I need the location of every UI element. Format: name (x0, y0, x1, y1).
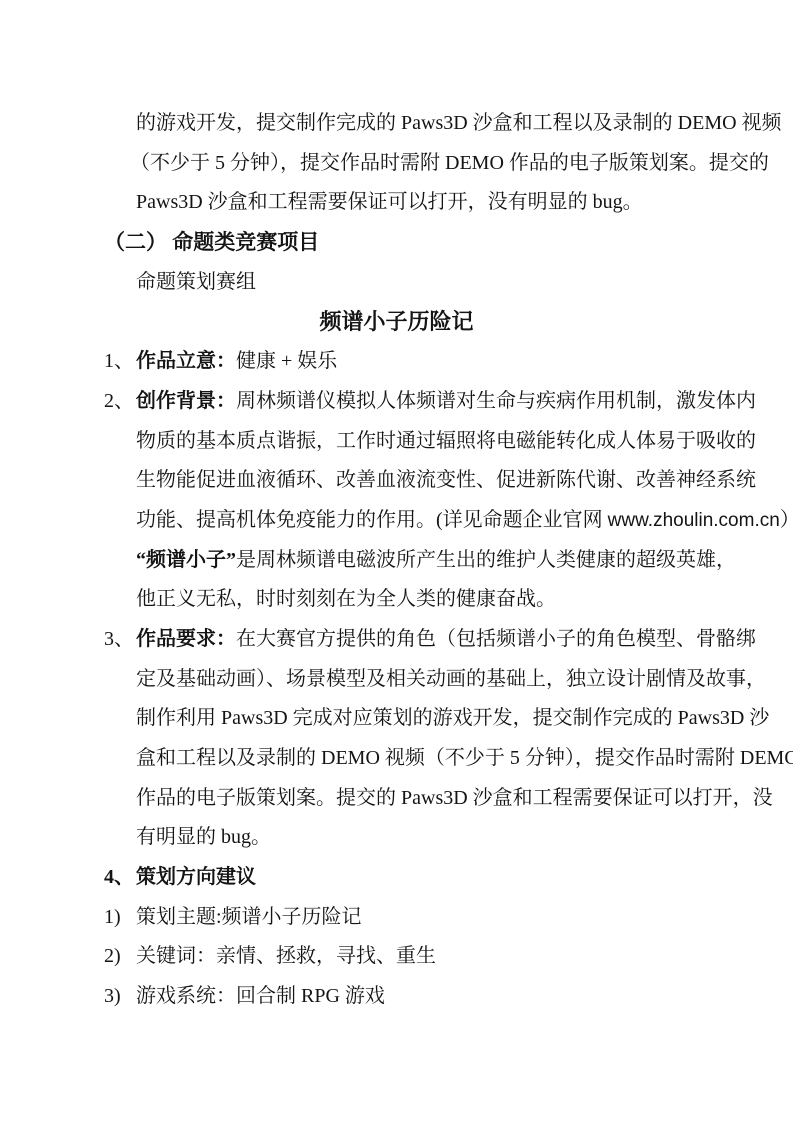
group-label: 命题策划赛组 (136, 263, 763, 303)
item-text-line: 生物能促进血液循环、改善血液流变性、促进新陈代谢、改善神经系统 (136, 461, 763, 501)
item-text: 关键词：亲情、拯救，寻找、重生 (136, 945, 436, 967)
document-page: 的游戏开发，提交制作完成的 Paws3D 沙盒和工程以及录制的 DEMO 视频 … (0, 0, 793, 1122)
item-label: 作品立意： (136, 350, 236, 372)
suggestion-theme: 1)策划主题:频谱小子历险记 (104, 898, 763, 938)
list-item-background: 2、创作背景：周林频谱仪模拟人体频谱对生命与疾病作用机制，激发体内 (104, 382, 763, 422)
item-label: 作品要求： (136, 628, 236, 650)
company-website-url: www.zhoulin.com.cn (608, 510, 780, 531)
character-name-emphasis: “频谱小子” (136, 549, 236, 571)
item-text-line: 作品的电子版策划案。提交的 Paws3D 沙盒和工程需要保证可以打开，没 (136, 779, 763, 819)
item-number: 2) (104, 937, 136, 977)
item-text: 功能、提高机体免疫能力的作用。(详见命题企业官网 (136, 509, 608, 531)
item-number: 3) (104, 977, 136, 1017)
doc-title: 频谱小子历险记 (0, 302, 793, 342)
list-item-concept: 1、作品立意：健康 + 娱乐 (104, 342, 763, 382)
suggestion-game-system: 3)游戏系统：回合制 RPG 游戏 (104, 977, 763, 1017)
item-text-line: 功能、提高机体免疫能力的作用。(详见命题企业官网 www.zhoulin.com… (136, 501, 763, 541)
list-item-direction-heading: 4、策划方向建议 (104, 858, 763, 898)
item-text: 在大赛官方提供的角色（包括频谱小子的角色模型、骨骼绑 (236, 628, 756, 650)
item-label: 策划方向建议 (136, 866, 256, 888)
item-number: 1) (104, 898, 136, 938)
item-text-line: 制作利用 Paws3D 完成对应策划的游戏开发，提交制作完成的 Paws3D 沙 (136, 699, 763, 739)
item-text: 是周林频谱电磁波所产生出的维护人类健康的超级英雄， (236, 549, 736, 571)
item-number: 2、 (104, 382, 136, 422)
item-text-line: 他正义无私，时时刻刻在为全人类的健康奋战。 (136, 580, 763, 620)
item-text-line: 盒和工程以及录制的 DEMO 视频（不少于 5 分钟），提交作品时需附 DEMO (136, 739, 763, 779)
item-number: 3、 (104, 620, 136, 660)
item-text-line: 物质的基本质点谐振，工作时通过辐照将电磁能转化成人体易于吸收的 (136, 422, 763, 462)
item-text-line: 定及基础动画）、场景模型及相关动画的基础上，独立设计剧情及故事， (136, 660, 763, 700)
paragraph-continuation-line: （不少于 5 分钟），提交作品时需附 DEMO 作品的电子版策划案。提交的 (130, 144, 763, 184)
item-text: 策划主题:频谱小子历险记 (136, 906, 362, 928)
section-heading: （二） 命题类竞赛项目 (104, 223, 763, 263)
item-text: 周林频谱仪模拟人体频谱对生命与疾病作用机制，激发体内 (236, 390, 756, 412)
paragraph-continuation-line: 的游戏开发，提交制作完成的 Paws3D 沙盒和工程以及录制的 DEMO 视频 (136, 104, 763, 144)
suggestion-keywords: 2)关键词：亲情、拯救，寻找、重生 (104, 937, 763, 977)
item-number: 4、 (104, 858, 136, 898)
paragraph-continuation-line: Paws3D 沙盒和工程需要保证可以打开，没有明显的 bug。 (136, 183, 763, 223)
item-text: 健康 + 娱乐 (236, 350, 337, 372)
item-text: ） (780, 509, 793, 531)
item-text: 游戏系统：回合制 RPG 游戏 (136, 985, 385, 1007)
item-text-line: 有明显的 bug。 (136, 818, 763, 858)
item-label: 创作背景： (136, 390, 236, 412)
item-number: 1、 (104, 342, 136, 382)
item-text-line: “频谱小子”是周林频谱电磁波所产生出的维护人类健康的超级英雄， (136, 541, 763, 581)
list-item-requirements: 3、作品要求：在大赛官方提供的角色（包括频谱小子的角色模型、骨骼绑 (104, 620, 763, 660)
